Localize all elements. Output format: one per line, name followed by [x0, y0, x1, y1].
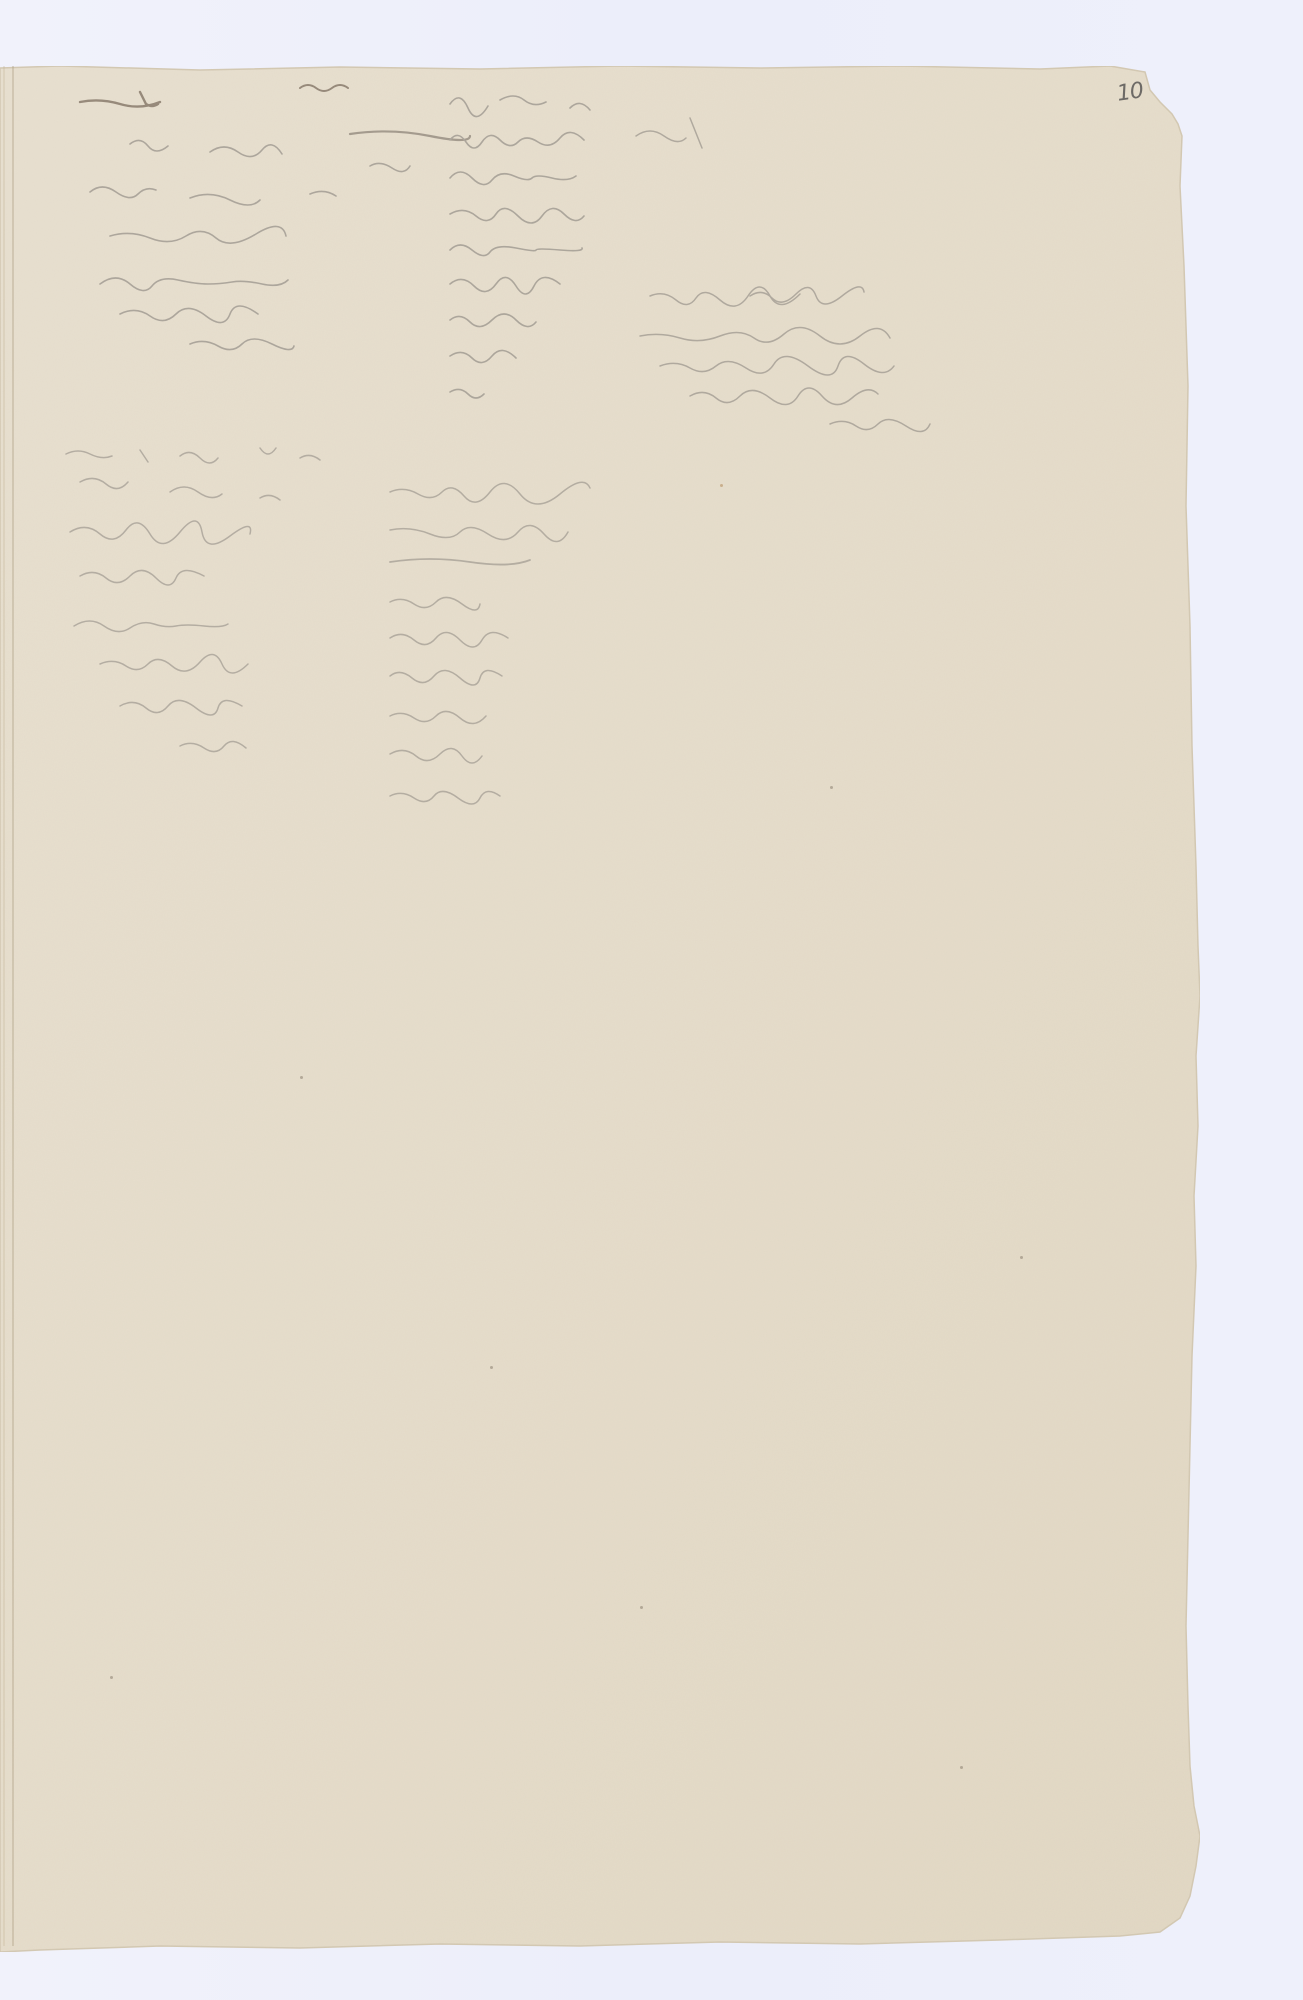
- paper-speck: [960, 1766, 963, 1769]
- paper-speck: [490, 1366, 493, 1369]
- paper-sheet: [0, 66, 1200, 1952]
- binding-fold-line: [12, 66, 14, 1946]
- paper-speck: [830, 786, 833, 789]
- paper-speck: [110, 1676, 113, 1679]
- paper-speck: [640, 1606, 643, 1609]
- paper-speck: [1020, 1256, 1023, 1259]
- folio-number: 10: [1115, 78, 1144, 106]
- binding-fold-line-outer: [3, 66, 5, 1946]
- paper-speck: [300, 1076, 303, 1079]
- paper-speck: [720, 484, 723, 487]
- manuscript-leaf: 10: [0, 66, 1200, 1952]
